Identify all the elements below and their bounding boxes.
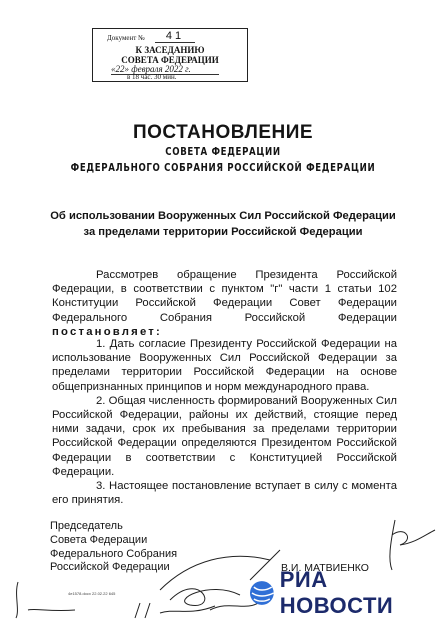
footer-reference: 4e1578.docx 22.02.22 645 [68,591,115,596]
clause-1: 1. Дать согласие Президенту Российской Ф… [52,337,397,394]
document-title: ПОСТАНОВЛЕНИЕ [0,122,446,144]
signatory-line: Российской Федерации [50,561,177,575]
resolution-heading: Об использовании Вооруженных Сил Российс… [30,208,416,240]
document-subtitle-2: ФЕДЕРАЛЬНОГО СОБРАНИЯ РОССИЙСКОЙ ФЕДЕРАЦ… [40,162,406,174]
signatory-line: Председатель [50,520,177,534]
signature-scribble-icon [130,598,220,623]
stamp-line1: К ЗАСЕДАНИЮ [93,46,247,55]
signatory-title: Председатель Совета Федерации Федерально… [50,520,177,575]
signature-scribble-icon [380,515,440,575]
heading-line2: за пределами территории Российской Федер… [30,224,416,240]
stamp-doc-no-label: Документ № [107,35,145,42]
registration-stamp: Документ № 41 К ЗАСЕДАНИЮ СОВЕТА ФЕДЕРАЦ… [92,28,248,82]
preamble-text: Рассмотрев обращение Президента Российск… [52,269,397,324]
clause-3: 3. Настоящее постановление вступает в си… [52,479,397,507]
signatory-line: Федерального Собрания [50,548,177,562]
ria-novosti-text: РИА НОВОСТИ [280,567,446,619]
stamp-doc-no: 41 [155,31,195,43]
clauses: 1. Дать согласие Президенту Российской Ф… [52,337,397,507]
clause-2: 2. Общая численность формирований Вооруж… [52,394,397,479]
decree-word: постановляет: [52,326,162,338]
ria-novosti-watermark: РИА НОВОСТИ [248,567,446,619]
heading-line1: Об использовании Вооруженных Сил Российс… [30,208,416,224]
preamble: Рассмотрев обращение Президента Российск… [52,268,397,339]
ria-globe-icon [248,579,276,607]
signatory-line: Совета Федерации [50,534,177,548]
stamp-time: в 18 час. 30 мин. [127,74,176,81]
document-subtitle-1: СОВЕТА ФЕДЕРАЦИИ [40,146,406,158]
signature-scribble-icon [10,580,80,620]
